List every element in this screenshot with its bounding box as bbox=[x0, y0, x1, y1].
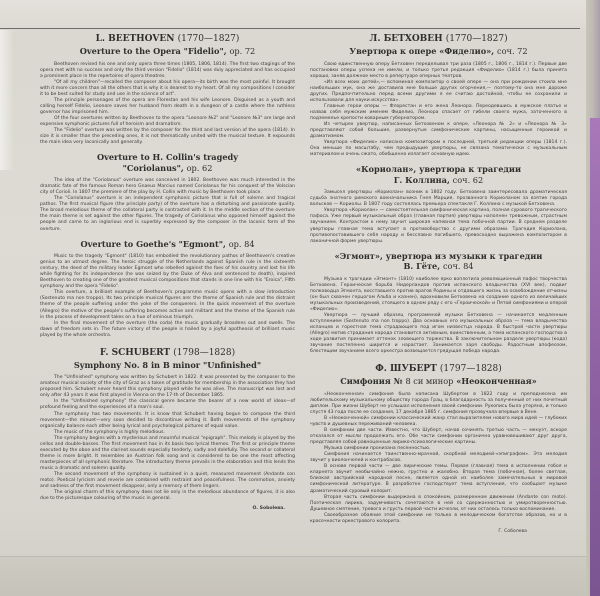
paragraph: В симфонии две части. Известно, что Шубе… bbox=[310, 428, 567, 446]
paragraph: "Of all my children"—recalled the compos… bbox=[40, 80, 295, 98]
work-title: Overture to the Opera "Fidelio", op. 72 bbox=[40, 46, 295, 57]
paragraph: Beethoven revised his one and only opera… bbox=[40, 62, 295, 80]
work-title: Увертюра к опере «Фиделио», соч. 72 bbox=[310, 46, 567, 57]
paragraph: Музыка к трагедии «Эгмонт» (1810) наибол… bbox=[310, 277, 567, 313]
composer-heading: Л. БЕТХОВЕН (1770—1827) bbox=[310, 34, 567, 45]
paragraph: The symphony has two movements. It is kn… bbox=[40, 412, 295, 430]
work-title: Overture to Goethe's "Egmont", op. 84 bbox=[40, 239, 295, 250]
paragraph: «Неоконченная» симфония была написана Шу… bbox=[310, 392, 567, 416]
paragraph: The idea of the "Coriolanus" overture wa… bbox=[40, 178, 295, 196]
paragraph: Увертюра — лучший образец программной му… bbox=[310, 313, 567, 355]
paragraph: The original charm of this symphony does… bbox=[40, 490, 295, 502]
paragraph: In the "Unfinished symphony" the classic… bbox=[40, 399, 295, 411]
composer-heading: L. BEETHOVEN (1770—1827) bbox=[40, 34, 295, 45]
russian-column: Л. БЕТХОВЕН (1770—1827) Увертюра к опере… bbox=[310, 34, 567, 535]
paragraph: Увертюра «Кориолан» — самостоятельная си… bbox=[310, 208, 567, 244]
paragraph: The principle personages of the opera ar… bbox=[40, 98, 295, 116]
paragraph: Из четырех увертюр, написанных Бетховено… bbox=[310, 122, 567, 140]
paragraph: Вторая часть симфонии выдержана в спокой… bbox=[310, 495, 567, 513]
author-signature: O. Sobolева. bbox=[40, 506, 285, 512]
work-title: «Кориолан», увертюра к трагедииГ. Коллин… bbox=[310, 164, 567, 185]
composer-heading: Ф. ШУБЕРТ (1797—1828) bbox=[310, 364, 567, 375]
paragraph: Замысел увертюры «Кориолан» возник в 180… bbox=[310, 190, 567, 208]
work-title: Symphony No. 8 in B minor "Unfinished" bbox=[40, 360, 295, 371]
english-column: L. BEETHOVEN (1770—1827) Overture to the… bbox=[40, 34, 295, 512]
paragraph: This overture, a brilliant example of Be… bbox=[40, 290, 295, 320]
bottom-edge bbox=[0, 556, 600, 596]
paragraph: «Из всех моих детей»,— вспоминал компози… bbox=[310, 80, 567, 104]
paragraph: Своеобразное обаяние этой симфонии не то… bbox=[310, 513, 567, 525]
paragraph: The symphony begins with a mysterious an… bbox=[40, 436, 295, 472]
work-title: Overture to H. Collin's tragedy"Coriolan… bbox=[40, 152, 295, 173]
top-edge bbox=[0, 0, 600, 28]
paragraph: The second movement of the symphony is s… bbox=[40, 472, 295, 490]
composer-heading: F. SCHUBERT (1798—1828) bbox=[40, 348, 295, 359]
paragraph: The "Coriolanus" overture is an independ… bbox=[40, 196, 295, 232]
paragraph: В «Неоконченной» симфонии классический ж… bbox=[310, 416, 567, 428]
paragraph: Music to the tragedy "Egmont" (1810) has… bbox=[40, 254, 295, 290]
paragraph: Свою единственную оперу Бетховен передел… bbox=[310, 62, 567, 80]
paragraph: The "Unfinished" symphony was written by… bbox=[40, 375, 295, 399]
paragraph: Of the four overtures written by Beethov… bbox=[40, 116, 295, 128]
top-fold-line bbox=[0, 28, 580, 29]
paragraph: In the final movement of the overture (t… bbox=[40, 321, 295, 339]
paragraph: Увертюра «Фиделио» написана композитором… bbox=[310, 140, 567, 158]
paragraph: Симфония начинается таинственно-мрачной,… bbox=[310, 452, 567, 464]
record-sleeve-back: L. BEETHOVEN (1770—1827) Overture to the… bbox=[0, 0, 600, 596]
bottom-fold-line bbox=[0, 556, 586, 557]
paragraph: В основе первой части — две лирические т… bbox=[310, 464, 567, 494]
author-signature: Г. Соболева bbox=[310, 529, 527, 535]
work-title: Симфония № 8 си минор «Неоконченная» bbox=[310, 376, 567, 387]
work-title: «Эгмонт», увертюра из музыки к трагедииВ… bbox=[310, 251, 567, 272]
paragraph: The "Fidelio" overture was written by th… bbox=[40, 128, 295, 146]
purple-spine bbox=[590, 118, 600, 596]
paragraph: Главные герои оперы — Флорестан и его же… bbox=[310, 104, 567, 122]
glare bbox=[0, 30, 14, 170]
